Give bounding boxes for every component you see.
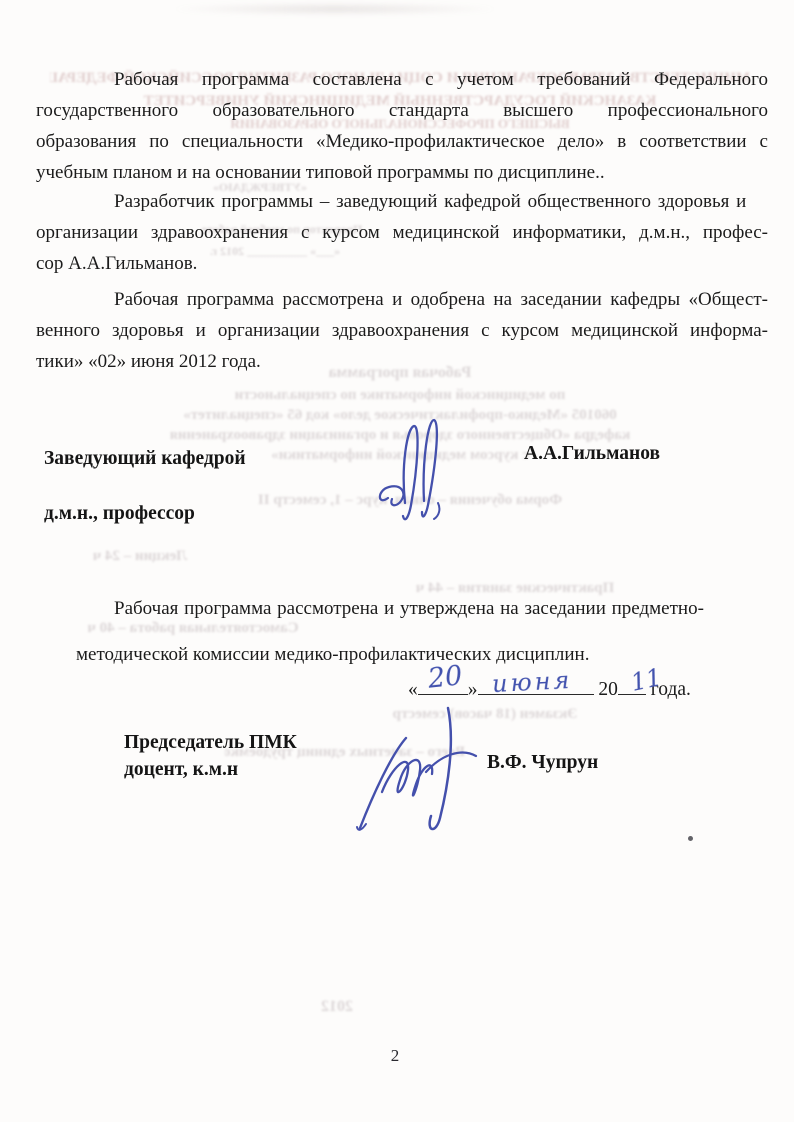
text-line: государственного образовательного станда… bbox=[36, 95, 768, 126]
handwritten-day: 20 bbox=[426, 660, 463, 694]
scan-artifact-smudge bbox=[170, 2, 500, 16]
paragraph-program-basis: Рабочая программа составлена с учетом тр… bbox=[36, 64, 768, 188]
bleed-line: Лекции – 24 ч bbox=[55, 548, 225, 565]
text-line: Рабочая программа рассмотрена и одобрена… bbox=[36, 284, 768, 315]
handwritten-month: июня bbox=[491, 666, 573, 698]
signature-chuprun-ink bbox=[330, 696, 505, 841]
text-line: образования по специальности «Медико-про… bbox=[36, 126, 768, 157]
scanned-document-page: МИНИСТЕРСТВО ЗДРАВООХРАНЕНИЯ И СОЦИАЛЬНО… bbox=[0, 0, 794, 1122]
pmk-chairman-label: Председатель ПМК bbox=[124, 732, 297, 754]
text-line: венного здоровья и организации здравоохр… bbox=[36, 315, 768, 346]
paragraph-developer: Разработчик программы – заведующий кафед… bbox=[36, 186, 768, 279]
text-line: Рабочая программа рассмотрена и утвержде… bbox=[36, 586, 766, 632]
text-line: сор А.А.Гильманов. bbox=[36, 248, 768, 279]
year-prefix: 20 bbox=[598, 679, 618, 700]
text-line: учебным планом и на основании типовой пр… bbox=[36, 157, 768, 188]
head-of-department-label: Заведующий кафедрой bbox=[44, 448, 246, 470]
signature-gilmanov-ink bbox=[372, 406, 472, 541]
bleed-line: по медицинской информатике по специально… bbox=[150, 387, 650, 404]
text-line: тики» «02» июня 2012 года. bbox=[36, 346, 768, 377]
head-of-department-name: А.А.Гильманов bbox=[524, 443, 660, 465]
head-of-department-degree: д.м.н., профессор bbox=[44, 503, 195, 525]
paragraph-department-approval: Рабочая программа рассмотрена и одобрена… bbox=[36, 284, 768, 377]
ink-dot-mark bbox=[688, 836, 693, 841]
text-line: Разработчик программы – заведующий кафед… bbox=[36, 186, 768, 217]
page-number: 2 bbox=[375, 1046, 415, 1066]
pmk-chairman-degree: доцент, к.м.н bbox=[124, 759, 238, 781]
bleed-line: 2012 bbox=[302, 998, 372, 1016]
text-line: Рабочая программа составлена с учетом тр… bbox=[36, 64, 768, 95]
text-line: организации здравоохранения с курсом мед… bbox=[36, 217, 768, 248]
